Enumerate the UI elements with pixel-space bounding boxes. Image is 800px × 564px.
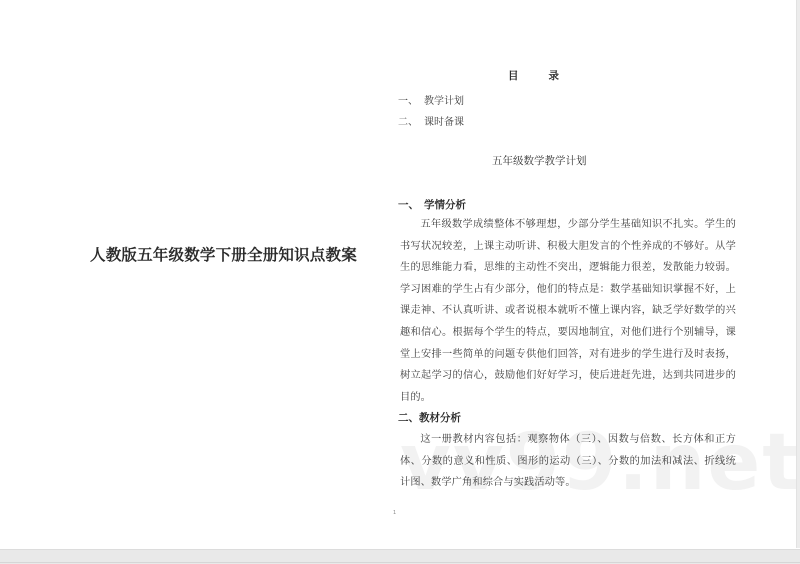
- section-number: 一、: [398, 197, 424, 212]
- page-number: 1: [393, 510, 396, 516]
- toc-item-number: 一、: [398, 92, 424, 107]
- toc-title: 目录: [508, 68, 559, 83]
- page-edge: [796, 0, 800, 548]
- toc-item-label: 教学计划: [424, 96, 464, 107]
- plan-title: 五年级数学教学计划: [492, 153, 587, 168]
- document-spread: 人教版五年级数学下册全册知识点教案 vv99.net 目录 一、教学计划 二、课…: [0, 0, 800, 564]
- section-paragraph-textbook-analysis: 这一册教材内容包括：观察物体（三）、因数与倍数、长方体和正方体、分数的意义和性质…: [400, 429, 736, 494]
- section-heading-text: 学情分析: [424, 199, 466, 211]
- section-number: 二、: [398, 410, 419, 425]
- toc-item-number: 二、: [398, 113, 424, 128]
- toc-title-char-2: 录: [549, 70, 560, 82]
- section-heading-textbook-analysis: 二、教材分析: [398, 410, 461, 425]
- toc-title-char-1: 目: [508, 70, 519, 82]
- toc-item-lesson-prep[interactable]: 二、课时备课: [398, 113, 464, 128]
- section-heading-text: 教材分析: [419, 412, 461, 424]
- cover-title: 人教版五年级数学下册全册知识点教案: [90, 243, 357, 265]
- bottom-scroll-strip[interactable]: [0, 549, 800, 564]
- toc-item-label: 课时备课: [424, 117, 464, 128]
- toc-item-teaching-plan[interactable]: 一、教学计划: [398, 92, 464, 107]
- cover-page: 人教版五年级数学下册全册知识点教案: [0, 0, 392, 548]
- bottom-strip-line: [0, 562, 800, 563]
- section-paragraph-student-analysis: 五年级数学成绩整体不够理想，少部分学生基础知识不扎实。学生的书写状况较差，上课主…: [400, 214, 736, 408]
- section-heading-student-analysis: 一、学情分析: [398, 197, 466, 212]
